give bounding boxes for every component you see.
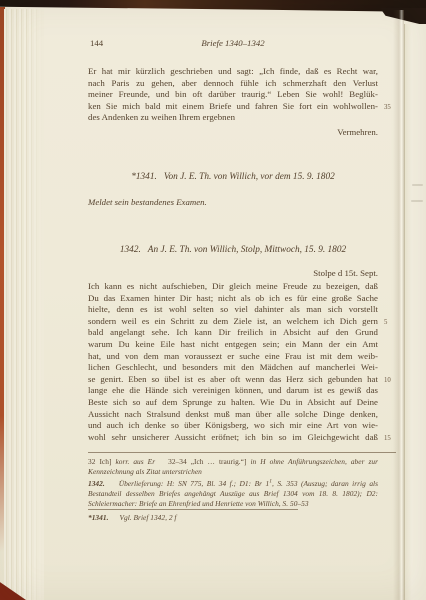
- margin-line-number: 15: [384, 433, 400, 445]
- scanned-book-page: 144 Briefe 1340–1342 Er hat mir kürzlich…: [0, 0, 426, 600]
- letter-signature: Vermehren.: [88, 127, 378, 137]
- apparatus-separator-rule: [88, 452, 396, 453]
- facing-page-edge: [404, 24, 426, 600]
- running-head: Briefe 1340–1342: [88, 38, 378, 48]
- text-line: Beste sich so auf dem Sprunge zu halten.…: [88, 397, 378, 409]
- letter-title: Von J. E. Th. von Willich, vor dem 15. 9…: [164, 172, 335, 182]
- letter-1341-summary: Meldet sein bestandenes Examen.: [88, 197, 378, 207]
- text-line: Ich kann es nicht aufschieben, Dir gleic…: [88, 281, 378, 293]
- letter-1340-paragraph: Er hat mir kürzlich geschrieben und sagt…: [88, 66, 378, 124]
- text-line: des Andenken zu weihen Ihrem ergebnen: [88, 112, 378, 124]
- text-line: Er hat mir kürzlich geschrieben und sagt…: [88, 66, 378, 78]
- letter-number: 1342.: [120, 245, 141, 255]
- text-line: lange ehe die Hände sich vereinigen könn…: [88, 385, 378, 397]
- text-line: wohl sehr unsicherer Aussicht eröfnet; i…: [88, 432, 378, 444]
- page-header: 144 Briefe 1340–1342: [88, 38, 378, 48]
- book-top-cover-edge: [0, 0, 426, 13]
- stacked-page-edges-left: [4, 9, 44, 600]
- text-line: lichen Geschlecht, und besonders mit den…: [88, 362, 378, 374]
- text-line: sondern weil es ein Schritt zu dem Ziele…: [88, 316, 378, 328]
- text-line: Du das Examen hinter Dir hast; nicht als…: [88, 293, 378, 305]
- apparatus-note-32: 32 Ich] korr. aus Er32–34 „Ich … traurig…: [88, 457, 378, 477]
- letter-1342-paragraph: Ich kann es nicht aufschieben, Dir gleic…: [88, 281, 378, 443]
- letter-dateline: Stolpe d 15t. Sept.: [88, 268, 378, 278]
- text-line: se genirt. Eben so übel ist es aber oft …: [88, 374, 378, 386]
- text-line: und auch ich denke so über Königsberg, w…: [88, 420, 378, 432]
- letter-title: An J. E. Th. von Willich, Stolp, Mittwoc…: [148, 245, 346, 255]
- text-line: hielte, denn es ist wohl selten so viel …: [88, 304, 378, 316]
- note-label: 1342.: [88, 479, 105, 488]
- text-line: nach Paris zu gehen, aber dennoch fühle …: [88, 78, 378, 90]
- text-line: meiner Freunde, und bin oft darüber trau…: [88, 89, 378, 101]
- reference-text: Vgl. Brief 1342, 2 f: [119, 513, 176, 522]
- showthrough-text-mark: [412, 184, 423, 186]
- editorial-note: korr. aus Er: [115, 457, 155, 466]
- text-line: ken Sie mich bald mit einem Briefe und f…: [88, 101, 378, 113]
- letter-number: *1341.: [131, 172, 157, 182]
- letter-1342-heading: 1342.An J. E. Th. von Willich, Stolp, Mi…: [88, 245, 378, 255]
- lemma: 32–34 „Ich … traurig.“]: [168, 457, 246, 466]
- margin-line-number: 5: [384, 317, 400, 329]
- text-line: Aussicht nach Stralsund denkst muß man ü…: [88, 409, 378, 421]
- showthrough-text-mark: [411, 200, 423, 202]
- page-number: 144: [90, 38, 103, 48]
- reference-separator-rule: [88, 509, 298, 510]
- apparatus-note-1341: *1341.Vgl. Brief 1342, 2 f: [88, 513, 378, 523]
- page-curl-shadow: [393, 10, 404, 600]
- note-label: *1341.: [88, 513, 108, 522]
- margin-line-number: 10: [384, 375, 400, 387]
- ueberlieferung-text: Überlieferung: H: SN 775, Bl. 34 f.; D1:…: [88, 479, 378, 508]
- margin-line-number: 35: [384, 102, 400, 114]
- letter-1341-heading: *1341.Von J. E. Th. von Willich, vor dem…: [88, 172, 378, 182]
- apparatus-note-1342: 1342.Überlieferung: H: SN 775, Bl. 34 f.…: [88, 479, 378, 509]
- text-line: hat, und von dem man voraussezt er suche…: [88, 351, 378, 363]
- text-line: warum Du keine Eile hast nicht entgegen …: [88, 339, 378, 351]
- lemma: 32 Ich]: [88, 457, 111, 466]
- text-line: bald angelangt sehe. Ich kann Dir freili…: [88, 327, 378, 339]
